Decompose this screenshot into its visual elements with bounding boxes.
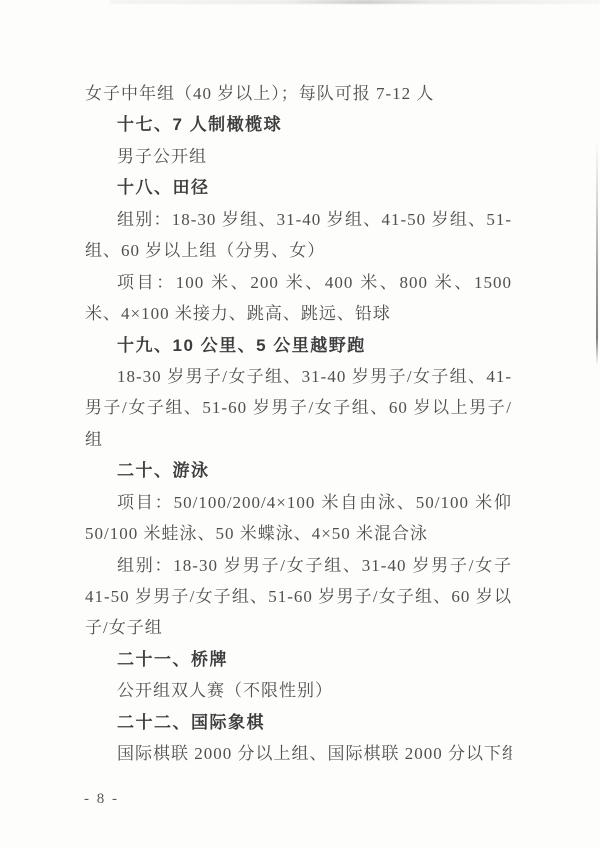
text-line: 组、60 岁以上组（分男、女） — [85, 235, 512, 266]
heading-athletics: 十八、田径 — [85, 172, 512, 203]
text-line: 18-30 岁男子/女子组、31-40 岁男子/女子组、41-50 岁 — [85, 361, 512, 392]
text-line: 女子中年组（40 岁以上）；每队可报 7-12 人 — [85, 78, 512, 109]
text-line: 项目：50/100/200/4×100 米自由泳、50/100 米仰泳、 — [85, 487, 512, 518]
text-line: 项目：100 米、200 米、400 米、800 米、1500 米、5000 — [85, 267, 512, 298]
text-line: 50/100 米蛙泳、50 米蝶泳、4×50 米混合泳 — [85, 518, 512, 549]
text-line: 子/女子组 — [85, 612, 512, 643]
heading-swimming: 二十、游泳 — [85, 455, 512, 486]
scan-artifact-right-edge-line — [596, 140, 598, 365]
text-line: 组 — [85, 424, 512, 455]
text-line: 国际棋联 2000 分以上组、国际棋联 2000 分以下组 — [85, 738, 512, 769]
heading-cross-country: 十九、10 公里、5 公里越野跑 — [85, 330, 512, 361]
scanned-document-page: 女子中年组（40 岁以上）；每队可报 7-12 人 十七、7 人制橄榄球 男子公… — [0, 0, 600, 848]
scan-artifact-top-edge — [110, 0, 600, 4]
text-line: 男子/女子组、51-60 岁男子/女子组、60 岁以上男子/女子 — [85, 392, 512, 423]
heading-rugby-sevens: 十七、7 人制橄榄球 — [85, 109, 512, 140]
heading-bridge: 二十一、桥牌 — [85, 644, 512, 675]
text-line: 米、4×100 米接力、跳高、跳远、铅球 — [85, 298, 512, 329]
text-line: 男子公开组 — [85, 141, 512, 172]
text-line: 组别：18-30 岁男子/女子组、31-40 岁男子/女子组、 — [85, 550, 512, 581]
page-number: - 8 - — [84, 789, 119, 809]
text-line: 组别：18-30 岁组、31-40 岁组、41-50 岁组、51-60 岁 — [85, 204, 512, 235]
text-line: 公开组双人赛（不限性别） — [85, 675, 512, 706]
heading-chess: 二十二、国际象棋 — [85, 707, 512, 738]
text-line: 41-50 岁男子/女子组、51-60 岁男子/女子组、60 岁以上男 — [85, 581, 512, 612]
document-body: 女子中年组（40 岁以上）；每队可报 7-12 人 十七、7 人制橄榄球 男子公… — [85, 78, 512, 770]
